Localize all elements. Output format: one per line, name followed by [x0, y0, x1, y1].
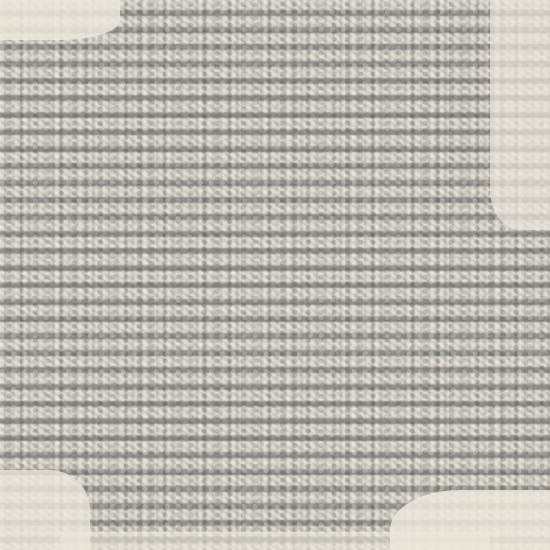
cream-border-top-left: [0, 0, 120, 40]
pile-speckle: [0, 0, 550, 550]
cream-border-bottom: [60, 532, 490, 550]
cream-border-right: [490, 0, 550, 230]
shag-rug-texture: [0, 0, 550, 550]
